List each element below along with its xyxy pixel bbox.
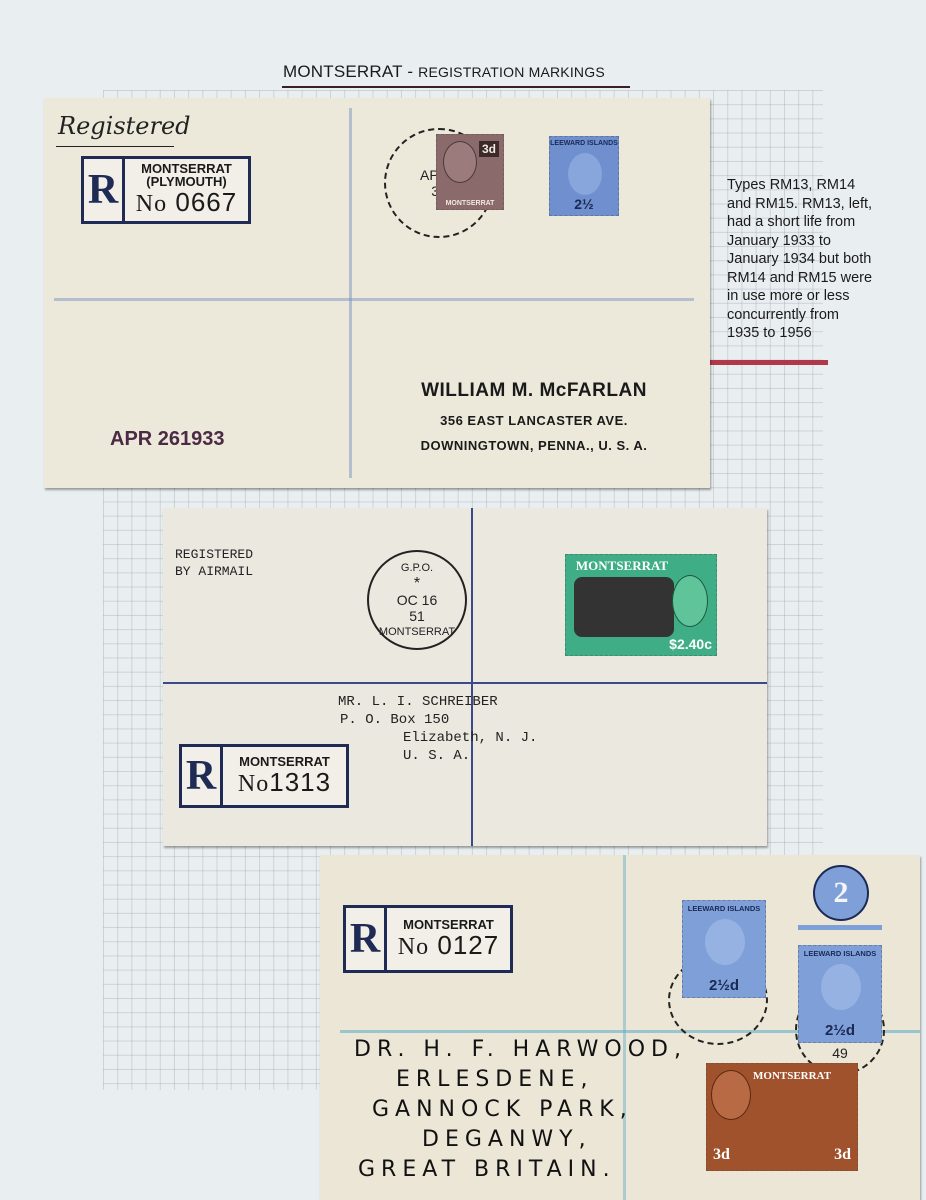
- sheet-margin-rule: [798, 925, 882, 930]
- building-vignette: [574, 577, 674, 637]
- king-portrait: [821, 964, 861, 1010]
- handwritten-registered: Registered: [58, 112, 191, 140]
- reg-number: 0667: [175, 187, 237, 217]
- stamp-leeward-islands-2-half: LEEWARD ISLANDS 2½d: [682, 900, 766, 998]
- stamp-montserrat-2-40: MONTSERRAT $2.40c: [565, 554, 717, 656]
- blue-crayon-line: [349, 108, 352, 478]
- king-portrait: [711, 1070, 751, 1120]
- annotation-note: Types RM13, RM14 and RM15. RM13, left, h…: [727, 176, 917, 343]
- stamp-montserrat-3d: 3d MONTSERRAT: [436, 134, 504, 210]
- king-portrait: [443, 141, 477, 183]
- registration-label: R MONTSERRAT (PLYMOUTH) No 0667: [81, 156, 251, 224]
- stamp-leeward-islands-2-half-plate: LEEWARD ISLANDS 2½d: [798, 945, 882, 1043]
- reg-letter: R: [182, 747, 223, 805]
- title-underline: [282, 86, 630, 88]
- postmark-gpo-montserrat: G.P.O. * OC 16 51 MONTSERRAT: [367, 550, 467, 650]
- stamp-leeward-islands-2-half: LEEWARD ISLANDS 2½: [549, 136, 619, 216]
- typed-header: REGISTEREDBY AIRMAIL: [175, 546, 253, 580]
- cover-1933: Registered R MONTSERRAT (PLYMOUTH) No 06…: [44, 98, 710, 488]
- receiving-date-stamp: APR 261933: [110, 428, 225, 451]
- blue-line: [471, 508, 473, 846]
- cover-1951: REGISTEREDBY AIRMAIL G.P.O. * OC 16 51 M…: [163, 508, 767, 846]
- page-title: MONTSERRAT - REGISTRATION MARKINGS: [283, 62, 605, 82]
- reg-number: 0127: [437, 930, 499, 960]
- reg-letter: R: [84, 159, 125, 221]
- king-portrait: [672, 575, 708, 627]
- cover-1949: R MONTSERRAT No 0127 JA49 LEEWARD ISLAND…: [320, 855, 920, 1200]
- handwritten-underline: [56, 146, 174, 147]
- king-portrait: [568, 153, 602, 195]
- recipient-address: DR. H. F. HARWOOD,ERLESDENE,GANNOCK PARK…: [354, 1035, 687, 1185]
- reg-number: 1313: [269, 767, 331, 797]
- king-portrait: [705, 919, 745, 965]
- stamp-montserrat-3d: MONTSERRAT 3d 3d: [706, 1063, 858, 1171]
- registration-label: R MONTSERRAT No1313: [179, 744, 349, 808]
- recipient-address: WILLIAM M. McFARLAN 356 EAST LANCASTER A…: [384, 380, 684, 453]
- blue-line: [163, 682, 767, 684]
- note-underline: [710, 360, 828, 365]
- plate-number-marker: 2: [813, 865, 869, 921]
- recipient-address: MR. L. I. SCHREIBERP. O. Box 150Elizabet…: [338, 693, 537, 765]
- blue-crayon-line: [54, 298, 694, 301]
- registration-label: R MONTSERRAT No 0127: [343, 905, 513, 973]
- reg-letter: R: [346, 908, 387, 970]
- reg-office: MONTSERRAT (PLYMOUTH): [141, 162, 232, 188]
